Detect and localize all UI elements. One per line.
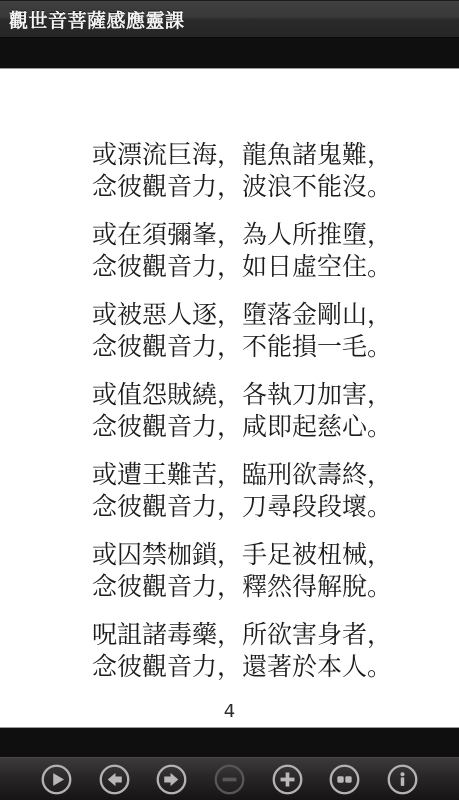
arrow-left-icon <box>99 764 130 795</box>
app-screen: 觀世音菩薩感應靈課 或漂流巨海，龍魚諸鬼難， 念彼觀音力，波浪不能沒。 或在須彌… <box>0 0 459 800</box>
two-pages-icon <box>329 764 360 795</box>
minus-icon <box>214 764 245 795</box>
previous-page-button[interactable] <box>99 764 130 795</box>
verse-line: 念彼觀音力，波浪不能沒。 <box>92 171 459 203</box>
info-icon <box>387 764 418 795</box>
verse-line: 念彼觀音力，如日虛空住。 <box>92 251 459 283</box>
verse-line: 念彼觀音力，咸即起慈心。 <box>92 411 459 443</box>
verse-line: 或被惡人逐，墮落金剛山， <box>92 299 459 331</box>
verse-line: 念彼觀音力，釋然得解脫。 <box>92 571 459 603</box>
play-button[interactable] <box>41 764 72 795</box>
verse-couplet: 或囚禁枷鎖，手足被杻械， 念彼觀音力，釋然得解脫。 <box>92 539 459 603</box>
zoom-in-button[interactable] <box>272 764 303 795</box>
verse-line: 呪詛諸毒藥，所欲害身者， <box>92 619 459 651</box>
arrow-right-icon <box>156 764 187 795</box>
verse-couplet: 或遭王難苦，臨刑欲壽終， 念彼觀音力，刀尋段段壞。 <box>92 459 459 523</box>
pages-button[interactable] <box>329 764 360 795</box>
verse-text-block: 或漂流巨海，龍魚諸鬼難， 念彼觀音力，波浪不能沒。 或在須彌峯，為人所推墮， 念… <box>0 69 459 683</box>
toolbar <box>0 757 459 800</box>
verse-line: 念彼觀音力，刀尋段段壞。 <box>92 491 459 523</box>
document-page[interactable]: 或漂流巨海，龍魚諸鬼難， 念彼觀音力，波浪不能沒。 或在須彌峯，為人所推墮， 念… <box>0 68 459 728</box>
verse-line: 念彼觀音力，不能損一毛。 <box>92 331 459 363</box>
plus-icon <box>272 764 303 795</box>
app-title: 觀世音菩薩感應靈課 <box>9 6 185 33</box>
title-bar: 觀世音菩薩感應靈課 <box>0 0 459 38</box>
verse-line: 或在須彌峯，為人所推墮， <box>92 219 459 251</box>
verse-line: 或囚禁枷鎖，手足被杻械， <box>92 539 459 571</box>
zoom-out-button[interactable] <box>214 764 245 795</box>
next-page-button[interactable] <box>156 764 187 795</box>
verse-line: 或值怨賊繞，各執刀加害， <box>92 379 459 411</box>
verse-couplet: 呪詛諸毒藥，所欲害身者， 念彼觀音力，還著於本人。 <box>92 619 459 683</box>
verse-couplet: 或被惡人逐，墮落金剛山， 念彼觀音力，不能損一毛。 <box>92 299 459 363</box>
play-icon <box>41 764 72 795</box>
page-number: 4 <box>0 701 459 722</box>
verse-couplet: 或在須彌峯，為人所推墮， 念彼觀音力，如日虛空住。 <box>92 219 459 283</box>
verse-line: 或漂流巨海，龍魚諸鬼難， <box>92 139 459 171</box>
verse-line: 念彼觀音力，還著於本人。 <box>92 651 459 683</box>
info-button[interactable] <box>387 764 418 795</box>
verse-couplet: 或值怨賊繞，各執刀加害， 念彼觀音力，咸即起慈心。 <box>92 379 459 443</box>
verse-line: 或遭王難苦，臨刑欲壽終， <box>92 459 459 491</box>
verse-couplet: 或漂流巨海，龍魚諸鬼難， 念彼觀音力，波浪不能沒。 <box>92 139 459 203</box>
